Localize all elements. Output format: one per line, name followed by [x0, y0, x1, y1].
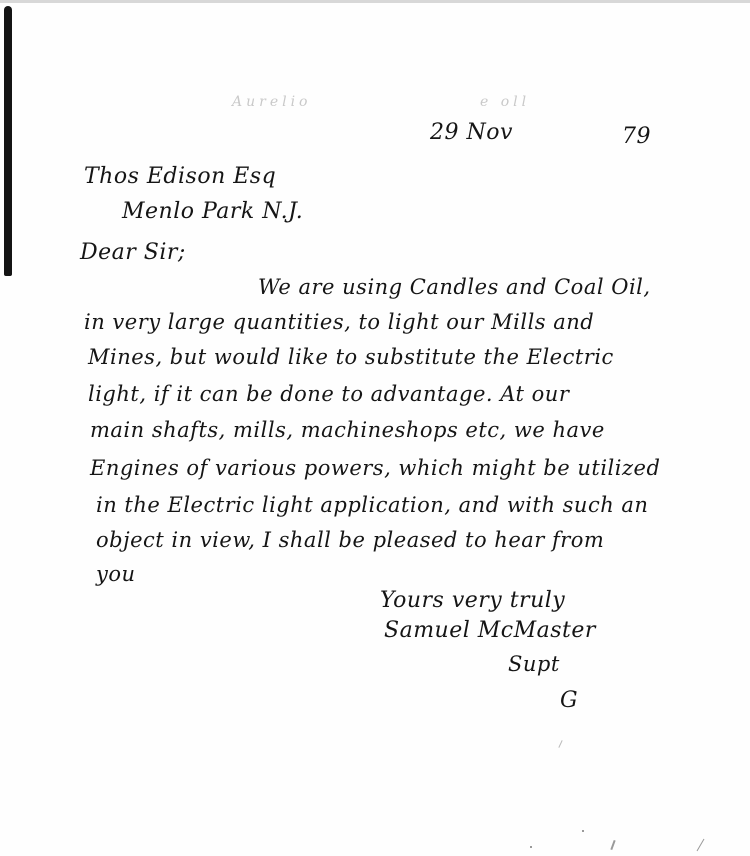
faint-letterhead-right: e oll — [480, 94, 530, 110]
recipient-location: Menlo Park N.J. — [122, 199, 303, 224]
closing: Yours very truly — [380, 588, 565, 613]
signer-initial: G — [560, 688, 578, 713]
signer-title: Supt — [508, 652, 560, 676]
scan-speck — [697, 839, 705, 852]
body-line: main shafts, mills, machineshops etc, we… — [90, 418, 605, 442]
body-line: in very large quantities, to light our M… — [84, 310, 594, 334]
recipient-name: Thos Edison Esq — [84, 164, 276, 189]
scan-speck — [610, 840, 615, 850]
faint-letterhead-left: Aurelio — [232, 94, 312, 110]
salutation: Dear Sir; — [80, 240, 186, 265]
letter-year: 79 — [622, 124, 651, 149]
scan-speck — [530, 846, 532, 848]
binding-edge-mark — [4, 6, 12, 276]
scan-speck — [582, 830, 584, 832]
scanned-letter-page: Aurelio e oll 29 Nov 79 Thos Edison Esq … — [0, 0, 750, 856]
body-line: light, if it can be done to advantage. A… — [88, 382, 569, 406]
scan-speck — [558, 740, 562, 748]
body-line: We are using Candles and Coal Oil, — [258, 275, 651, 299]
body-line: you — [96, 562, 136, 586]
letter-date: 29 Nov — [430, 120, 513, 145]
scan-top-edge — [0, 0, 750, 3]
body-line: Engines of various powers, which might b… — [90, 456, 660, 480]
body-line: Mines, but would like to substitute the … — [88, 345, 614, 369]
body-line: in the Electric light application, and w… — [96, 493, 648, 517]
signature: Samuel McMaster — [384, 618, 596, 643]
body-line: object in view, I shall be pleased to he… — [96, 528, 604, 552]
